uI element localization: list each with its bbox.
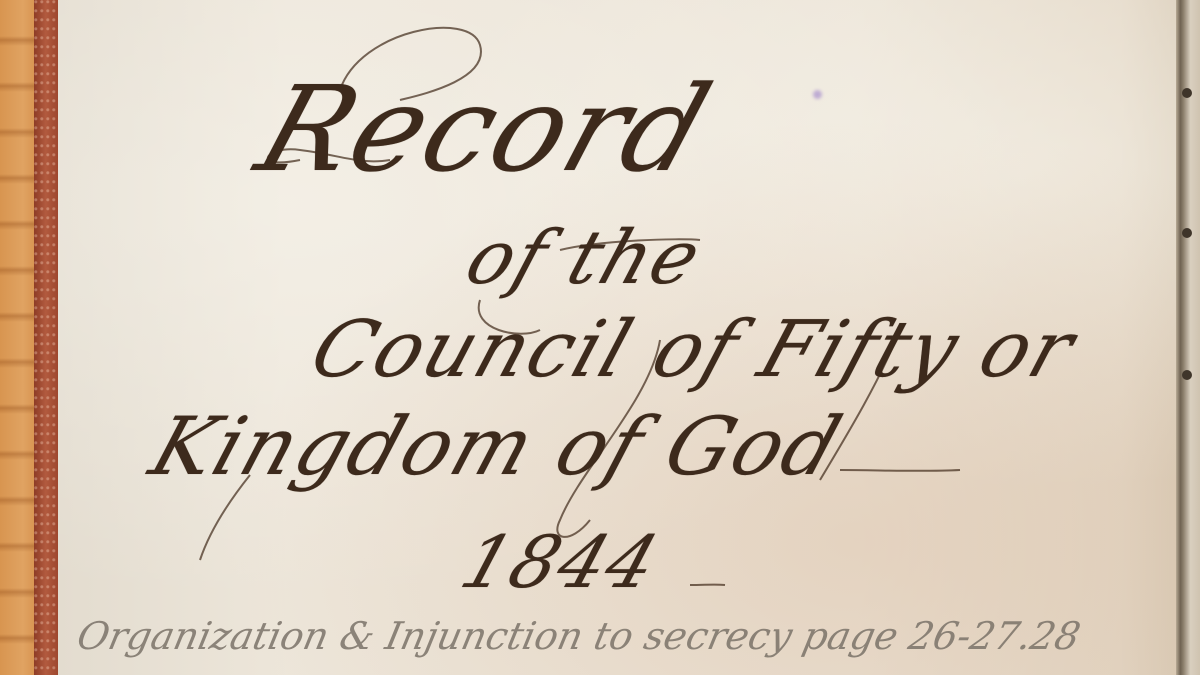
binding-stitch [1182,88,1192,98]
title-line-of-the: of the [456,215,713,301]
title-line-record: Record [243,60,728,198]
book-cover-edge [34,0,60,675]
book-gutter [1176,0,1200,675]
pencil-annotation: Organization & Injunction to secrecy pag… [73,614,1084,658]
title-line-kingdom: Kingdom of God [140,400,853,493]
title-line-council: Council of Fifty or [300,305,1086,395]
title-line-year: 1844 [451,520,670,604]
binding-stitch [1182,228,1192,238]
binding-stitch [1182,370,1192,380]
photo-scene: Record of the Council of Fifty or Kingdo… [0,0,1200,675]
ink-spot [813,90,822,99]
